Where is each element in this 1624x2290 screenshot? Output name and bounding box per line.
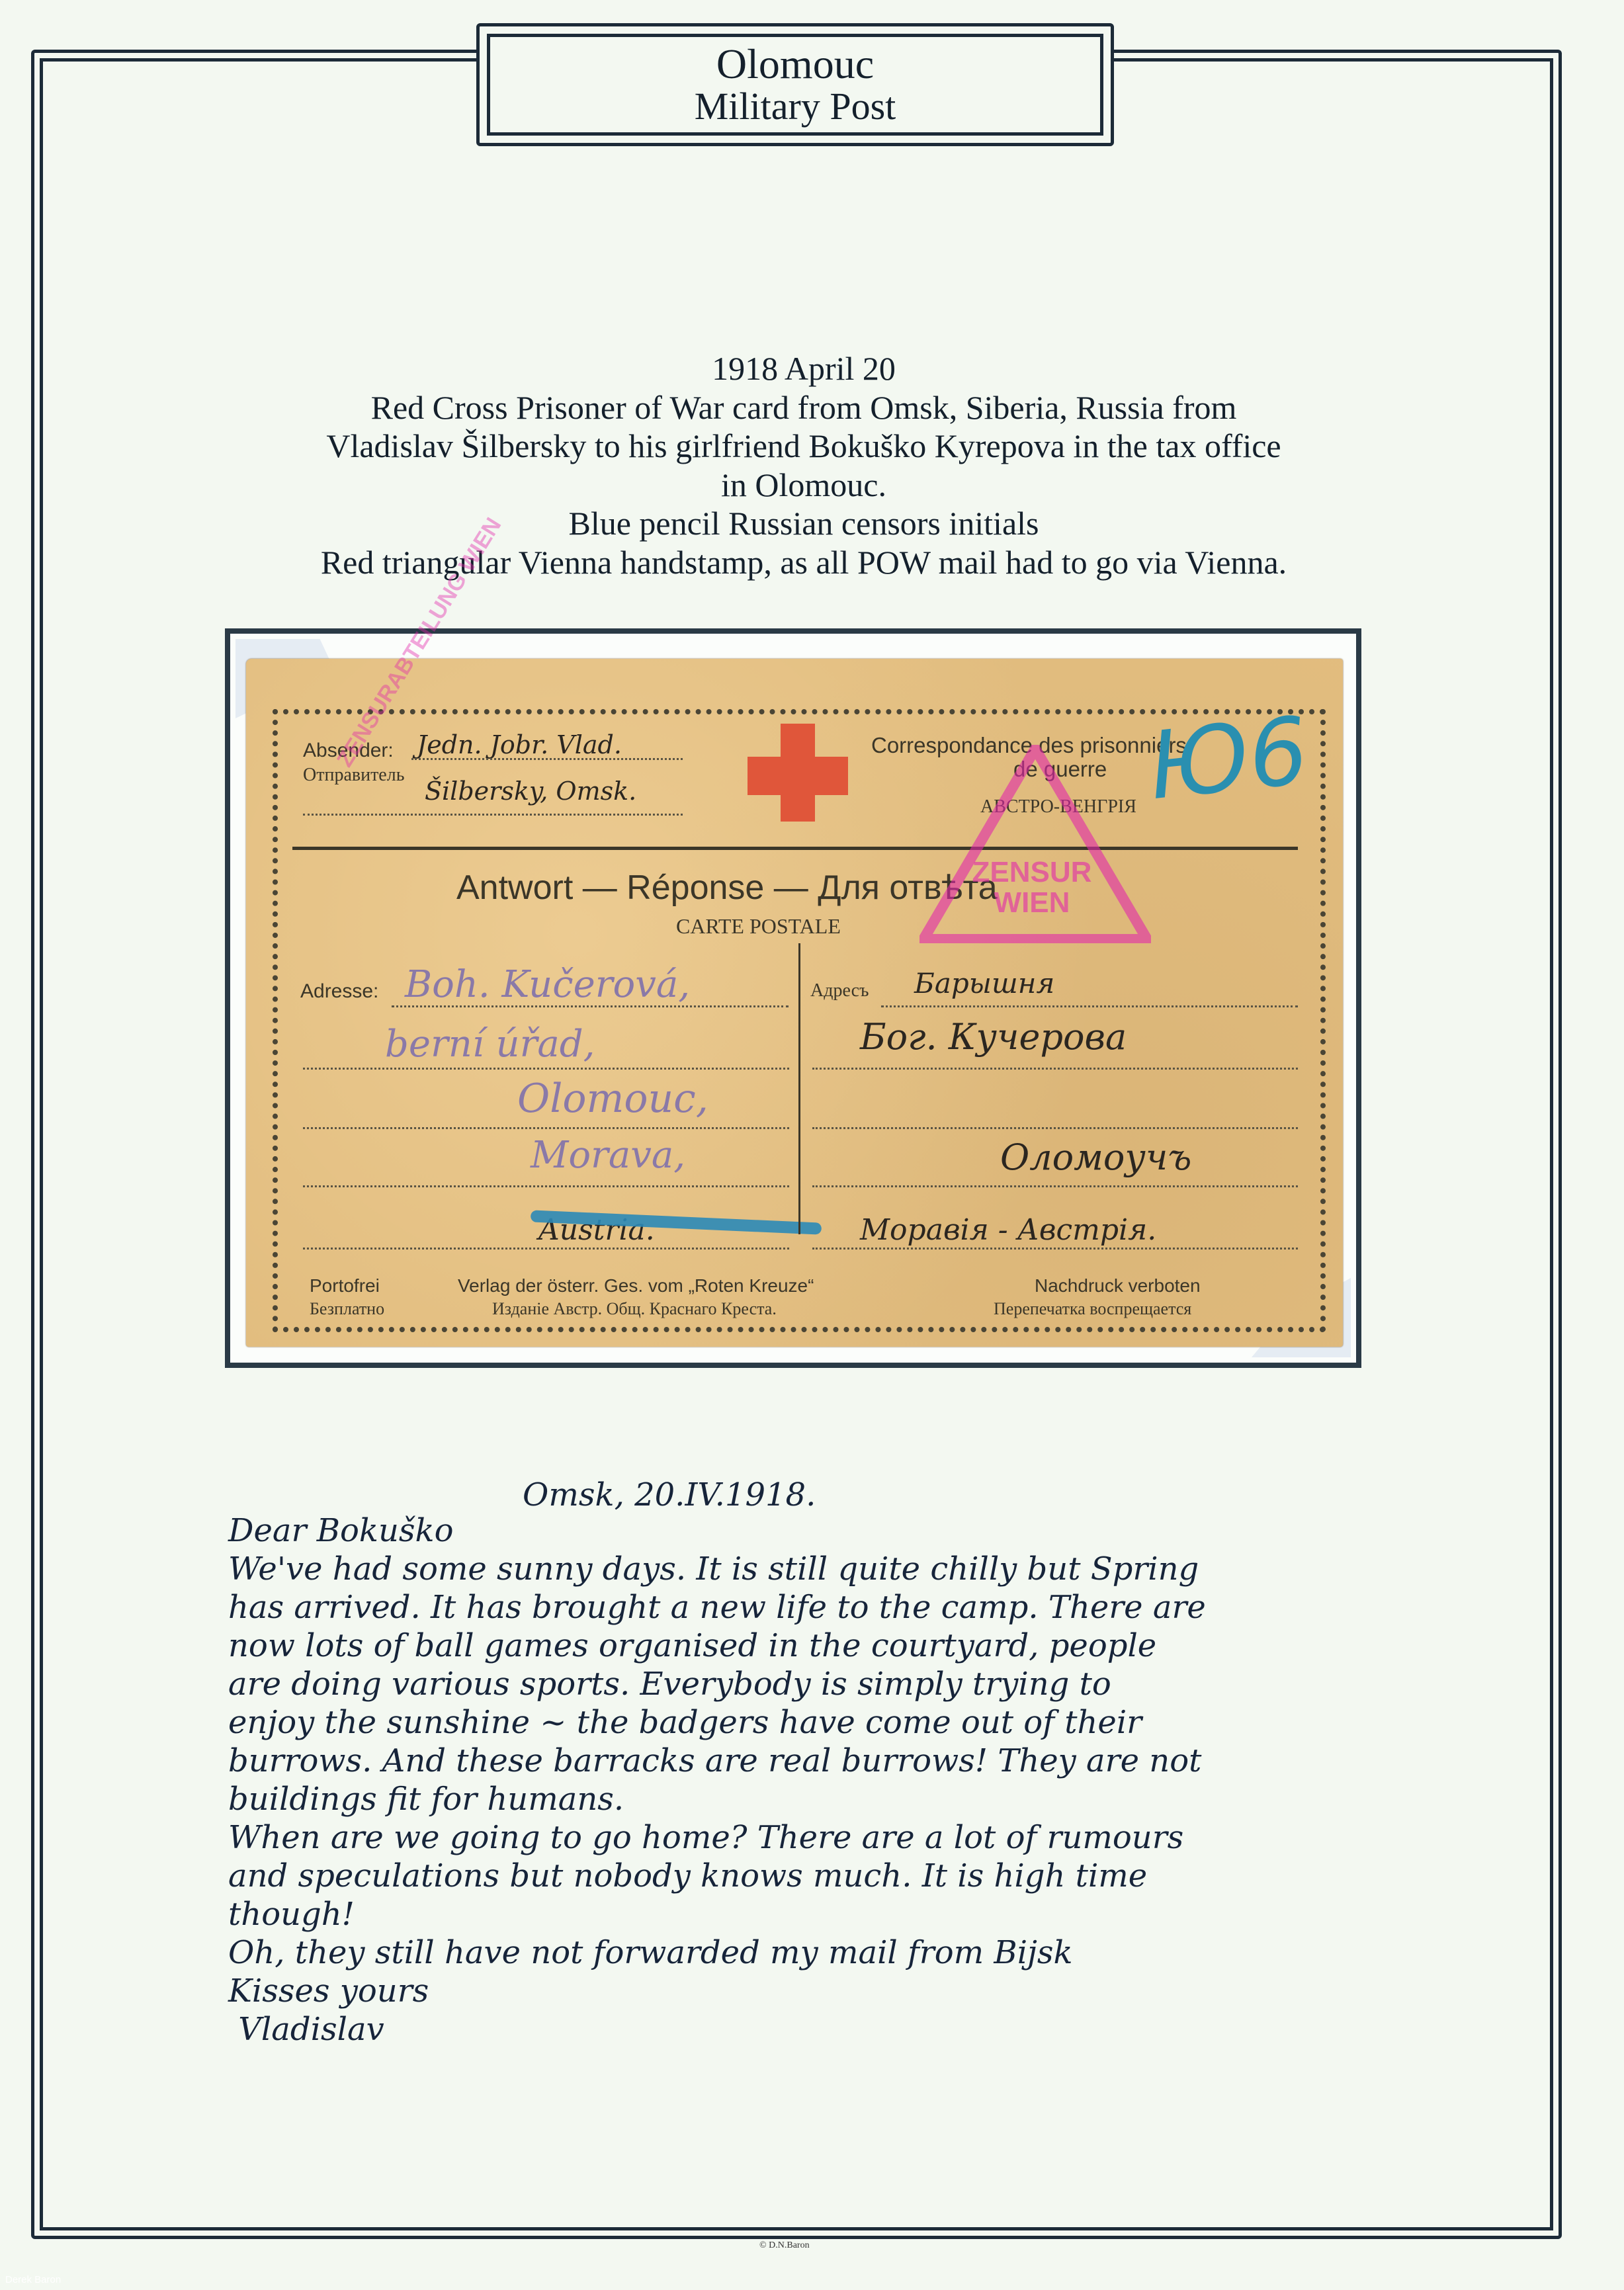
address-line-l4: [303, 1185, 789, 1187]
letter-line: burrows. And these barracks are real bur…: [228, 1742, 1206, 1780]
description-line: Red triangular Vienna handstamp, as all …: [132, 543, 1475, 582]
address-right-4: Моравія - Австрія.: [860, 1213, 1156, 1247]
address-line-l3: [303, 1127, 789, 1129]
description-line: Vladislav Šilbersky to his girlfriend Bo…: [132, 427, 1475, 466]
title-box: Olomouc Military Post: [476, 23, 1114, 146]
letter-transcription: Dear Bokuško We've had some sunny days. …: [228, 1511, 1206, 2049]
address-line-l1: [392, 1005, 789, 1007]
letter-line: enjoy the sunshine ~ the badgers have co…: [228, 1703, 1206, 1742]
address-line-r4: [812, 1185, 1298, 1187]
address-line-r3: [812, 1127, 1298, 1129]
footer-de-right: Nachdruck verboten: [1035, 1275, 1201, 1296]
letter-line: though!: [228, 1895, 1206, 1933]
red-cross-icon: [748, 724, 848, 822]
address-right-2: Бог. Кучерова: [860, 1016, 1127, 1058]
address-label-de: Adresse:: [300, 980, 378, 1003]
description-date: 1918 April 20: [132, 349, 1475, 388]
postcard: Absender: Отправитель Jedn. Jobr. Vlad. …: [246, 659, 1343, 1347]
description-line: in Olomouc.: [132, 466, 1475, 505]
letter-closing: Kisses yours: [228, 1972, 1206, 2010]
footer-ru-left: Безплатно: [310, 1299, 384, 1319]
page-title: Olomouc: [716, 42, 874, 86]
letter-line: Oh, they still have not forwarded my mai…: [228, 1933, 1206, 1972]
letter-line: now lots of ball games organised in the …: [228, 1627, 1206, 1665]
address-line-r2: [812, 1068, 1298, 1070]
reply-heading: Antwort — Réponse — Для отвѣта: [456, 868, 998, 908]
address-left-2: berní úřad,: [385, 1023, 595, 1066]
address-line-l5: [303, 1248, 789, 1250]
sender-handwriting-1: Jedn. Jobr. Vlad.: [417, 730, 622, 759]
carte-postale: CARTE POSTALE: [676, 914, 841, 939]
address-line-r5: [812, 1248, 1298, 1250]
footer-de-left: Portofrei: [310, 1275, 380, 1296]
letter-line: buildings fit for humans.: [228, 1780, 1206, 1818]
description-line: Blue pencil Russian censors initials: [132, 504, 1475, 543]
censor-initials: Ю6: [1144, 697, 1313, 821]
address-right-3: Оломоучъ: [1000, 1136, 1191, 1178]
letter-line: has arrived. It has brought a new life t…: [228, 1588, 1206, 1627]
address-label-ru: Адресъ: [810, 980, 869, 1001]
address-divider: [798, 943, 800, 1234]
address-left-3: Olomouc,: [517, 1076, 708, 1122]
letter-line: When are we going to go home? There are …: [228, 1818, 1206, 1857]
sender-line-1: [411, 758, 683, 760]
footer-ru-center: Изданіе Австр. Общ. Краснаго Креста.: [492, 1299, 777, 1319]
vienna-stamp-right: ZENSUR WIEN: [946, 857, 1111, 918]
footer-ru-right: Перепечатка воспрещается: [994, 1299, 1191, 1319]
address-right-1: Барышня: [914, 967, 1054, 999]
sender-handwriting-2: Šilbersky, Omsk.: [425, 777, 636, 806]
address-left-4: Morava,: [531, 1134, 685, 1177]
letter-signature: Vladislav: [228, 2010, 1206, 2049]
letter-line: are doing various sports. Everybody is s…: [228, 1665, 1206, 1703]
letter-line: We've had some sunny days. It is still q…: [228, 1550, 1206, 1588]
watermark: Derek Baron: [5, 2274, 61, 2285]
sender-line-2: [303, 814, 683, 816]
page-subtitle: Military Post: [695, 86, 896, 127]
triangle-stamp-icon: [919, 745, 1151, 943]
description-line: Red Cross Prisoner of War card from Omsk…: [132, 388, 1475, 427]
description: 1918 April 20 Red Cross Prisoner of War …: [132, 349, 1475, 581]
address-left-1: Boh. Kučerová,: [405, 963, 690, 1006]
address-line-r1: [881, 1005, 1298, 1007]
letter-salutation: Dear Bokuško: [228, 1511, 1206, 1550]
address-line-l2: [303, 1068, 789, 1070]
letter-line: and speculations but nobody knows much. …: [228, 1857, 1206, 1895]
letter-date: Omsk, 20.IV.1918.: [523, 1476, 816, 1513]
footer-de-center: Verlag der österr. Ges. vom „Roten Kreuz…: [458, 1275, 814, 1296]
copyright: © D.N.Baron: [759, 2240, 810, 2251]
